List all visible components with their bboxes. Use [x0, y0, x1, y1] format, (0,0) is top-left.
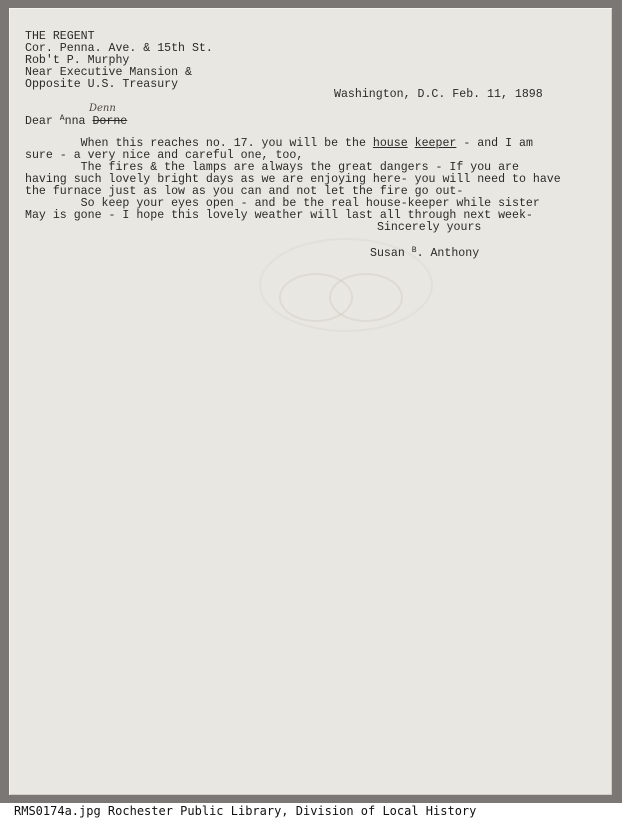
letterhead-line: Opposite U.S. Treasury [25, 79, 178, 91]
underlined-word: keeper [415, 137, 457, 150]
underlined-word: house [373, 137, 408, 150]
salutation-first-name: nna [65, 115, 93, 128]
signature-last: . Anthony [417, 247, 480, 260]
body-text: - and I am [456, 137, 533, 150]
watermark-loop-right [329, 273, 403, 322]
salutation: Dear Anna Dorne [25, 113, 127, 128]
signature: Susan B. Anthony [370, 245, 479, 260]
image-caption: RMS0174a.jpg Rochester Public Library, D… [14, 804, 476, 818]
body-text [408, 137, 415, 150]
salutation-prefix: Dear [25, 115, 60, 128]
closing: Sincerely yours [377, 222, 481, 234]
struck-name: Dorne [92, 115, 127, 128]
dateline: Washington, D.C. Feb. 11, 1898 [334, 89, 543, 101]
signature-first: Susan [370, 247, 412, 260]
